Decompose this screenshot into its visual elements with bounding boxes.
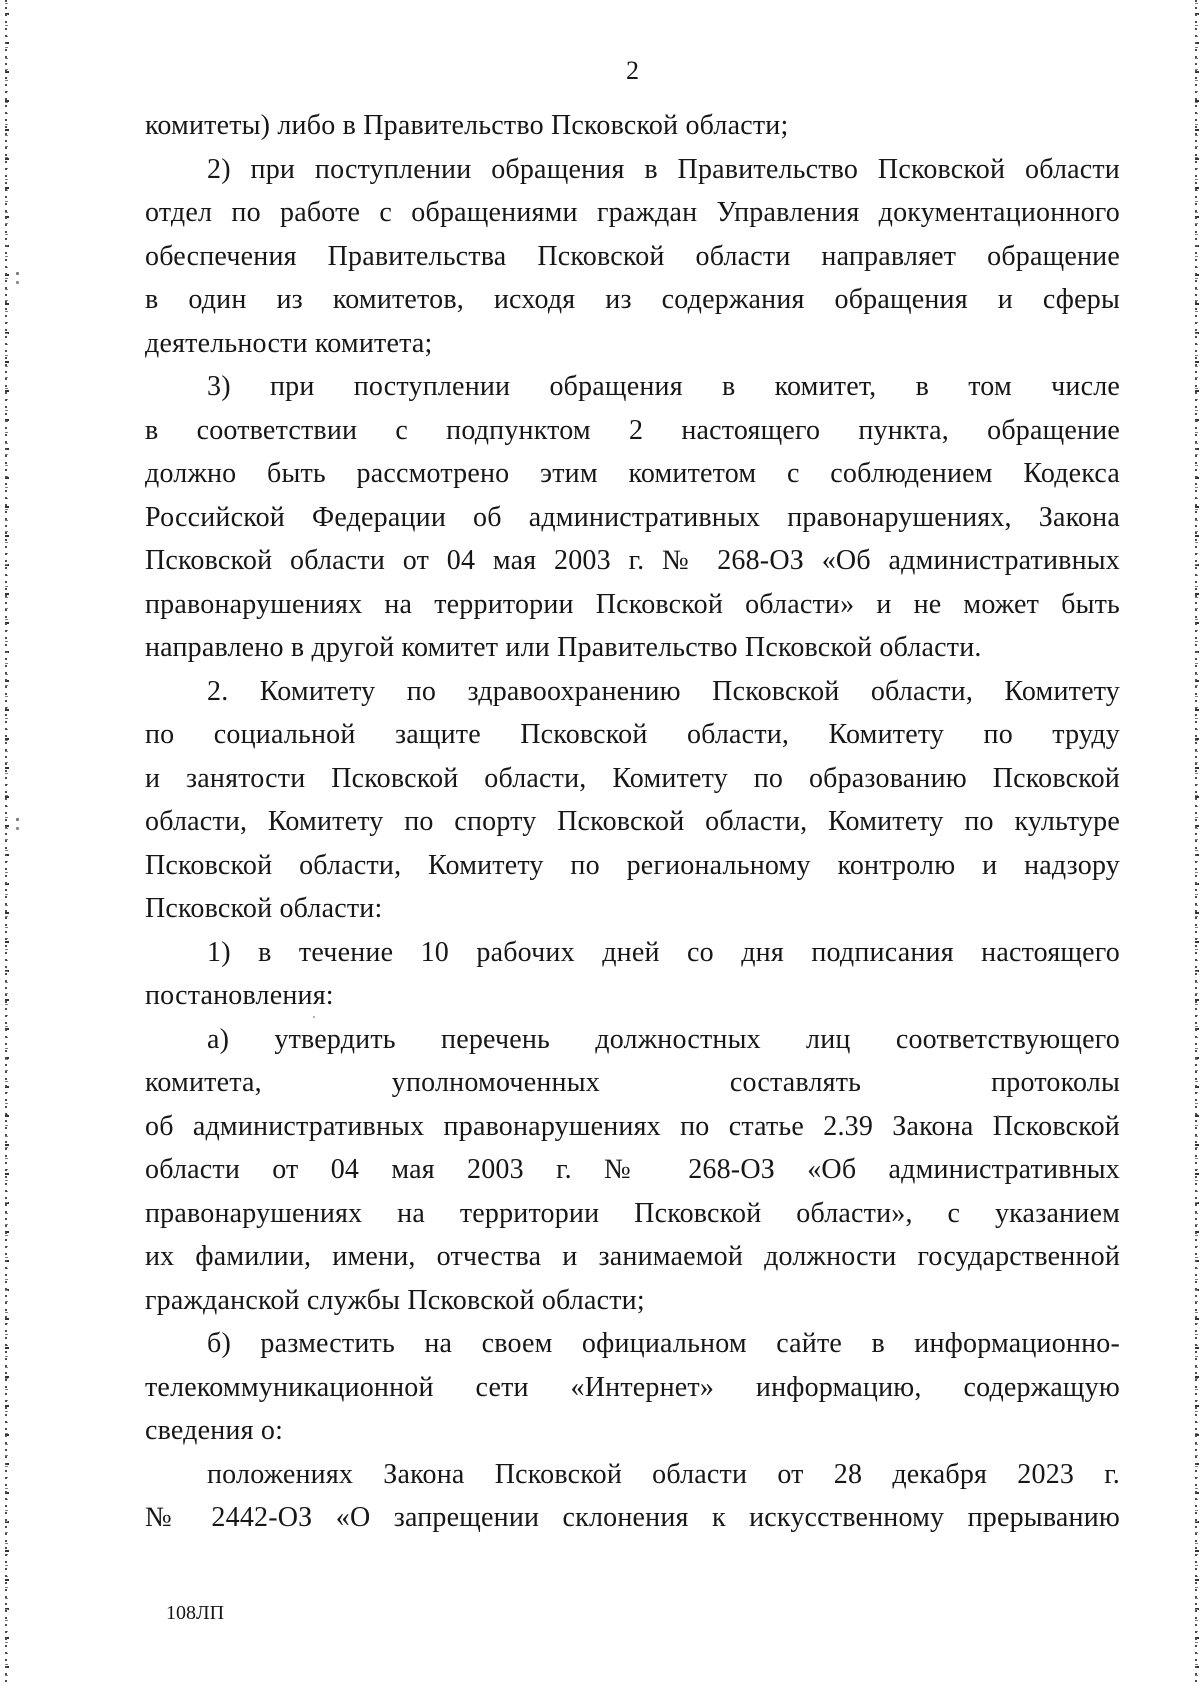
footer-registration-code: 108ЛП [166, 1601, 224, 1625]
paragraph: 2) при поступлении обращения в Правитель… [145, 148, 1120, 366]
page-number: 2 [145, 56, 1120, 86]
text-line: комитета, уполномоченных составлять прот… [145, 1061, 1120, 1105]
text-line: 3) при поступлении обращения в комитет, … [145, 365, 1120, 409]
text-line: телекоммуникационной сети «Интернет» инф… [145, 1366, 1120, 1410]
text-line: Псковской области от 04 мая 2003 г. № 26… [145, 539, 1120, 583]
text-line: положениях Закона Псковской области от 2… [145, 1453, 1120, 1497]
text-line: области от 04 мая 2003 г. № 268-ОЗ «Об а… [145, 1148, 1120, 1192]
text-line: сведения о: [145, 1409, 1120, 1453]
paragraph: положениях Закона Псковской области от 2… [145, 1453, 1120, 1540]
text-line: области, Комитету по спорту Псковской об… [145, 800, 1120, 844]
text-line: Российской Федерации об административных… [145, 496, 1120, 540]
text-line: об административных правонарушениях по с… [145, 1105, 1120, 1149]
scan-edge-left-noise [5, 0, 9, 1686]
paragraph: комитеты) либо в Правительство Псковской… [145, 104, 1120, 148]
text-line: постановления: [145, 974, 1120, 1018]
text-line: гражданской службы Псковской области; [145, 1279, 1120, 1323]
scan-edge-right-noise [1195, 0, 1199, 1686]
text-line: в соответствии с подпунктом 2 настоящего… [145, 409, 1120, 453]
scan-artifact [313, 1016, 315, 1018]
paragraph: 3) при поступлении обращения в комитет, … [145, 365, 1120, 670]
text-line: Псковской области, Комитету по региональ… [145, 844, 1120, 888]
paragraph: 2. Комитету по здравоохранению Псковской… [145, 670, 1120, 931]
text-line: направлено в другой комитет или Правител… [145, 626, 1120, 670]
scan-artifact [16, 272, 19, 275]
document-body: комитеты) либо в Правительство Псковской… [145, 104, 1120, 1540]
scan-artifact [16, 818, 19, 821]
text-line: отдел по работе с обращениями граждан Уп… [145, 191, 1120, 235]
scanned-document-page: 2 комитеты) либо в Правительство Псковск… [0, 0, 1200, 1686]
text-line: их фамилии, имени, отчества и занимаемой… [145, 1235, 1120, 1279]
text-line: правонарушениях на территории Псковской … [145, 1192, 1120, 1236]
text-line: 2) при поступлении обращения в Правитель… [145, 148, 1120, 192]
text-line: и занятости Псковской области, Комитету … [145, 757, 1120, 801]
text-line: 1) в течение 10 рабочих дней со дня подп… [145, 931, 1120, 975]
text-line: деятельности комитета; [145, 322, 1120, 366]
text-line: обеспечения Правительства Псковской обла… [145, 235, 1120, 279]
text-line: должно быть рассмотрено этим комитетом с… [145, 452, 1120, 496]
text-line: а) утвердить перечень должностных лиц со… [145, 1018, 1120, 1062]
paragraph: 1) в течение 10 рабочих дней со дня подп… [145, 931, 1120, 1018]
paragraph: а) утвердить перечень должностных лиц со… [145, 1018, 1120, 1323]
text-line: б) разместить на своем официальном сайте… [145, 1322, 1120, 1366]
scan-artifact [997, 1115, 999, 1117]
text-line: № 2442-ОЗ «О запрещении склонения к иску… [145, 1496, 1120, 1540]
text-line: в один из комитетов, исходя из содержани… [145, 278, 1120, 322]
text-line: 2. Комитету по здравоохранению Псковской… [145, 670, 1120, 714]
text-line: по социальной защите Псковской области, … [145, 713, 1120, 757]
text-line: комитеты) либо в Правительство Псковской… [145, 104, 1120, 148]
text-line: правонарушениях на территории Псковской … [145, 583, 1120, 627]
text-line: Псковской области: [145, 887, 1120, 931]
paragraph: б) разместить на своем официальном сайте… [145, 1322, 1120, 1453]
